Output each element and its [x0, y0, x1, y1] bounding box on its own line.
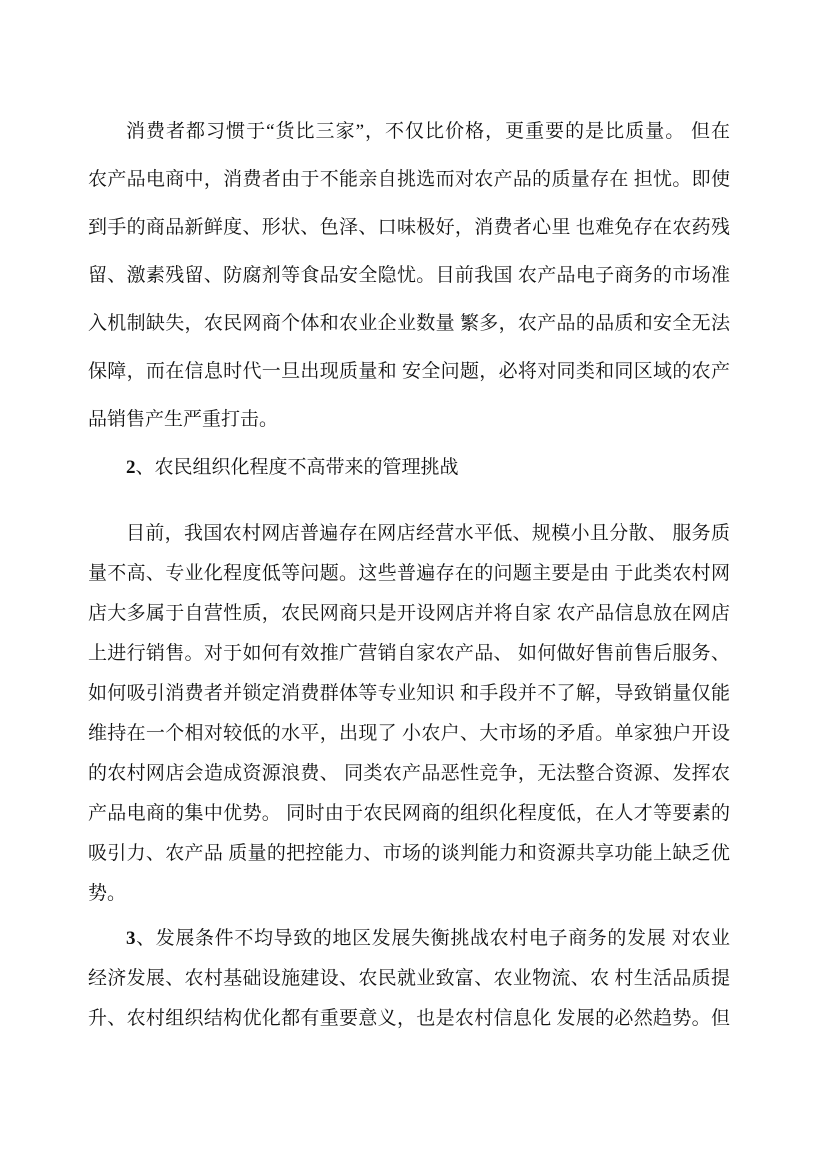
text-line: 经济发展、农村基础设施建设、农民就业致富、农业物流、农 村生活品质提 — [88, 959, 730, 999]
text-line: 3、发展条件不均导致的地区发展失衡挑战农村电子商务的发展 对农业 — [88, 919, 730, 959]
paragraph-organization-challenge: 目前，我国农村网店普遍存在网店经营水平低、规模小且分散、 服务质 量不高、专业化… — [88, 514, 730, 914]
text-line: 入机制缺失，农民网商个体和农业企业数量 繁多，农产品的品质和安全无法 — [88, 300, 730, 348]
text-segment: 、发展条件不均导致的地区发展失衡挑战农村电子商务的发展 对农业 — [136, 928, 731, 949]
heading-number: 3 — [126, 928, 136, 949]
text-line: 目前，我国农村网店普遍存在网店经营水平低、规模小且分散、 服务质 — [88, 514, 730, 554]
text-line: 维持在一个相对较低的水平，出现了 小农户、大市场的矛盾。单家独户开设 — [88, 714, 730, 754]
text-line: 品销售产生严重打击。 — [88, 396, 730, 444]
text-line: 农产品电商中，消费者由于不能亲自挑选而对农产品的质量存在 担忧。即使 — [88, 156, 730, 204]
paragraph-consumer-quality: 消费者都习惯于“货比三家”，不仅比价格，更重要的是比质量。 但在 农产品电商中，… — [88, 108, 730, 444]
text-line: 升、农村组织结构优化都有重要意义，也是农村信息化 发展的必然趋势。但 — [88, 999, 730, 1039]
text-line: 量不高、专业化程度低等问题。这些普遍存在的问题主要是由 于此类农村网 — [88, 554, 730, 594]
text-line: 势。 — [88, 874, 730, 914]
text-line: 上进行销售。对于如何有效推广营销自家农产品、 如何做好售前售后服务、 — [88, 634, 730, 674]
text-line: 的农村网店会造成资源浪费、 同类农产品恶性竞争，无法整合资源、发挥农 — [88, 754, 730, 794]
text-line: 到手的商品新鲜度、形状、色泽、口味极好，消费者心里 也难免存在农药残 — [88, 204, 730, 252]
text-line: 吸引力、农产品 质量的把控能力、市场的谈判能力和资源共享功能上缺乏优 — [88, 834, 730, 874]
text-line: 店大多属于自营性质，农民网商只是开设网店并将自家 农产品信息放在网店 — [88, 594, 730, 634]
document-page: 消费者都习惯于“货比三家”，不仅比价格，更重要的是比质量。 但在 农产品电商中，… — [0, 0, 816, 1153]
paragraph-development-imbalance: 3、发展条件不均导致的地区发展失衡挑战农村电子商务的发展 对农业 经济发展、农村… — [88, 919, 730, 1039]
text-line: 消费者都习惯于“货比三家”，不仅比价格，更重要的是比质量。 但在 — [88, 108, 730, 156]
text-line: 保障，而在信息时代一旦出现质量和 安全问题，必将对同类和同区域的农产 — [88, 348, 730, 396]
section-heading-2: 2、农民组织化程度不高带来的管理挑战 — [88, 444, 730, 492]
text-line: 产品电商的集中优势。 同时由于农民网商的组织化程度低，在人才等要素的 — [88, 794, 730, 834]
heading-line: 2、农民组织化程度不高带来的管理挑战 — [88, 444, 730, 492]
text-line: 留、激素残留、防腐剂等食品安全隐忧。目前我国 农产品电子商务的市场准 — [88, 252, 730, 300]
heading-text: 、农民组织化程度不高带来的管理挑战 — [136, 457, 459, 478]
text-line: 如何吸引消费者并锁定消费群体等专业知识 和手段并不了解，导致销量仅能 — [88, 674, 730, 714]
heading-number: 2 — [126, 457, 136, 478]
